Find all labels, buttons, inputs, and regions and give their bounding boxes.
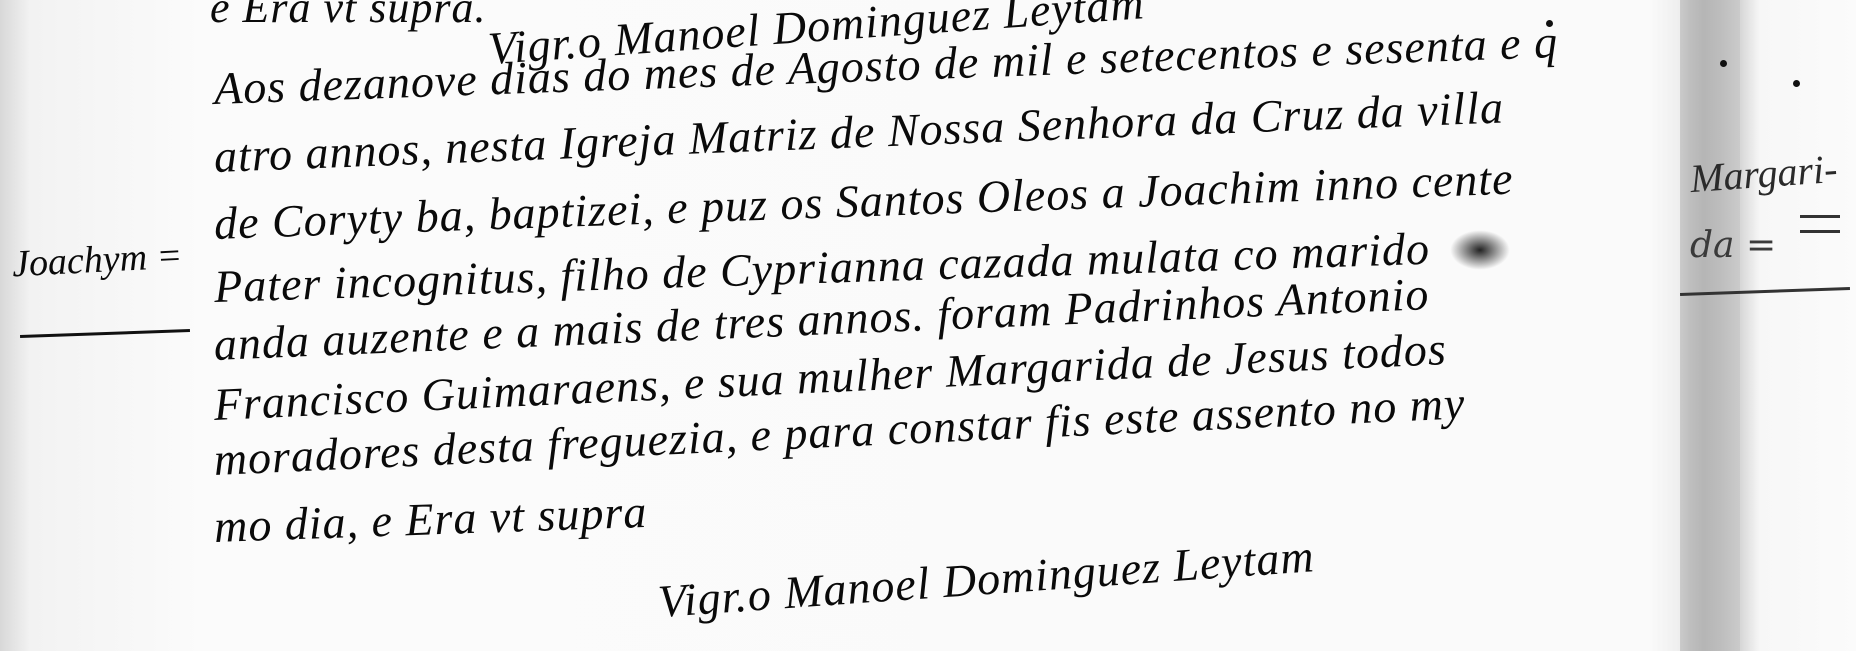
margin-dash bbox=[1800, 215, 1840, 218]
ink-speck bbox=[1720, 60, 1727, 67]
margin-dash bbox=[1800, 230, 1840, 233]
page-gutter-shadow bbox=[1680, 0, 1740, 651]
ink-blot bbox=[1450, 230, 1510, 270]
margin-note-right-name-cont: da = bbox=[1690, 225, 1776, 266]
previous-entry-closing: e Era vt supra. bbox=[210, 0, 487, 33]
ink-speck bbox=[1546, 20, 1553, 27]
ink-speck bbox=[1793, 80, 1800, 87]
margin-note-child-name: Joachym = bbox=[11, 234, 183, 287]
